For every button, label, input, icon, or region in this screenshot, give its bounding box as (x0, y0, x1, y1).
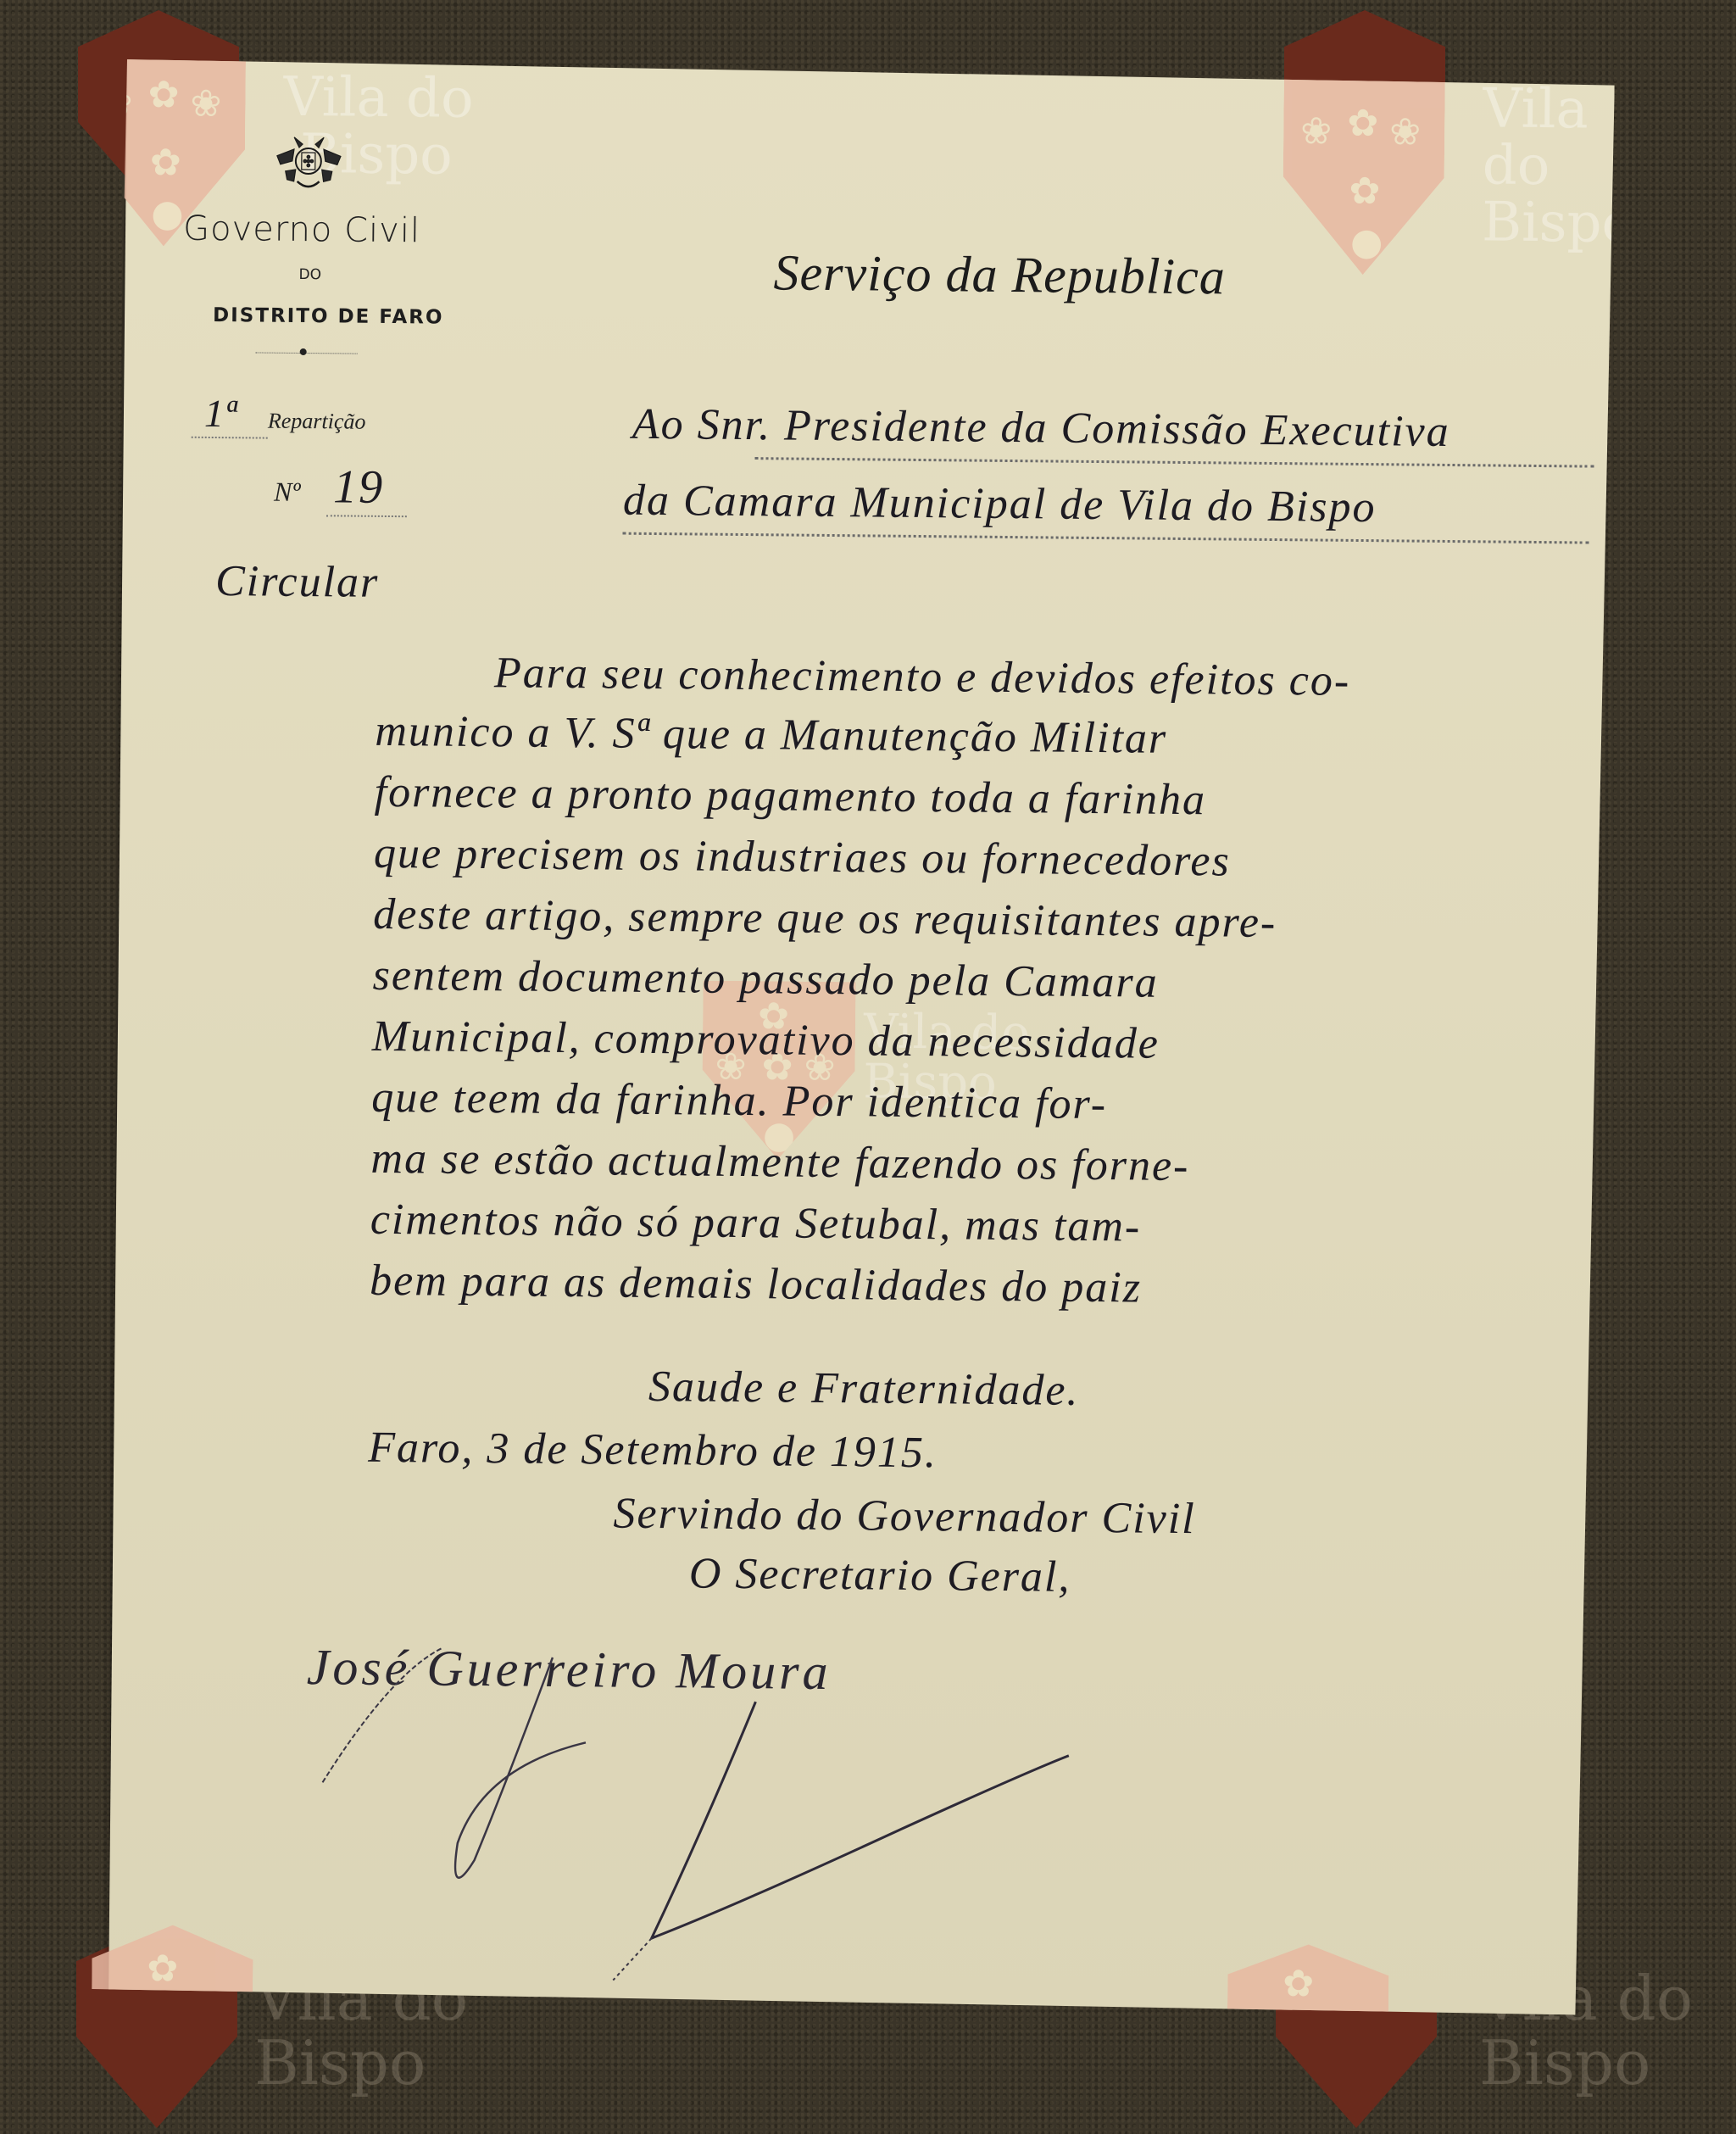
signature-flourish (108, 59, 1615, 2015)
letter-paper: ❀ ✿ ❀ ✿ ● Vila do Bispo ❀ ✿ ❀ ✿ ● Vila d… (108, 59, 1615, 2015)
